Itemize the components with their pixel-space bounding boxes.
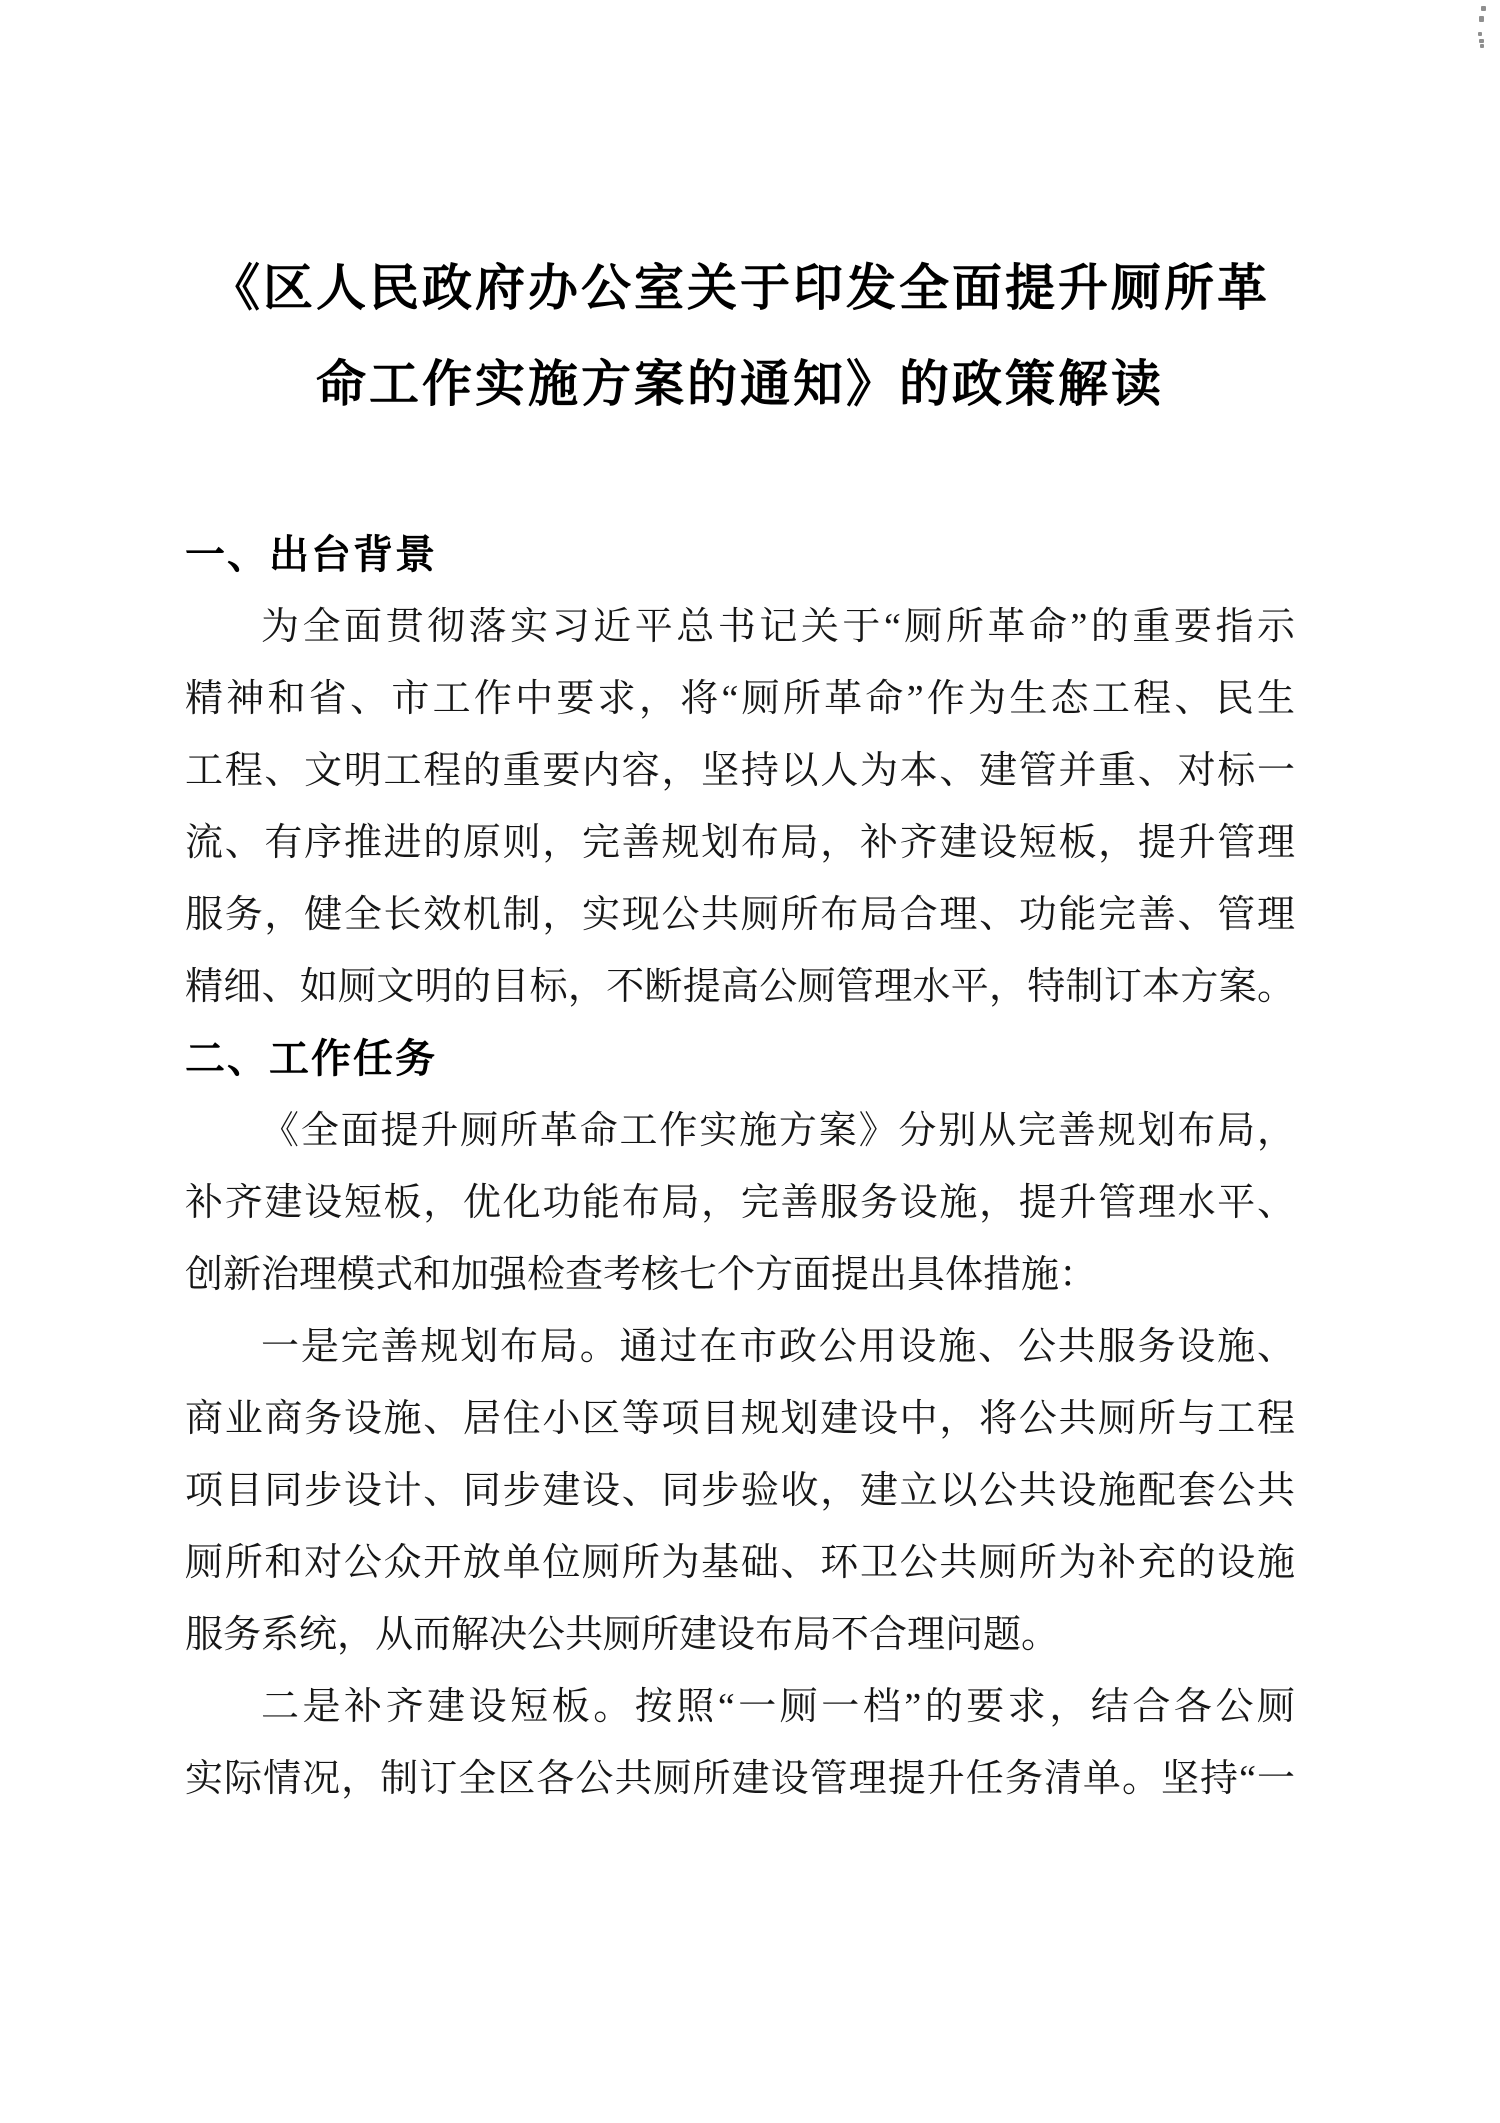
text-line: 商业商务设施、居住小区等项目规划建设中，将公共厕所与工程: [185, 1383, 1295, 1455]
scan-speck: [1480, 44, 1484, 48]
text-line: 流、有序推进的原则，完善规划布局，补齐建设短板，提升管理: [185, 807, 1295, 879]
page-content: 《区人民政府办公室关于印发全面提升厕所革 命工作实施方案的通知》的政策解读 一、…: [185, 240, 1295, 1815]
paragraph: 《全面提升厕所革命工作实施方案》分别从完善规划布局，补齐建设短板，优化功能布局，…: [185, 1095, 1295, 1311]
text-line: 实际情况，制订全区各公共厕所建设管理提升任务清单。坚持“一: [185, 1743, 1295, 1815]
text-line: 创新治理模式和加强检查考核七个方面提出具体措施：: [185, 1239, 1295, 1311]
document-body: 一、出台背景为全面贯彻落实习近平总书记关于“厕所革命”的重要指示精神和省、市工作…: [185, 519, 1295, 1815]
text-line: 精细、如厕文明的目标，不断提高公厕管理水平，特制订本方案。: [185, 951, 1295, 1023]
paragraph: 二是补齐建设短板。按照“一厕一档”的要求，结合各公厕实际情况，制订全区各公共厕所…: [185, 1671, 1295, 1815]
title-line-2: 命工作实施方案的通知》的政策解读: [185, 336, 1295, 432]
paragraph: 一是完善规划布局。通过在市政公用设施、公共服务设施、商业商务设施、居住小区等项目…: [185, 1311, 1295, 1671]
scan-speck: [1481, 6, 1486, 11]
paragraph: 为全面贯彻落实习近平总书记关于“厕所革命”的重要指示精神和省、市工作中要求，将“…: [185, 591, 1295, 1023]
text-line: 精神和省、市工作中要求，将“厕所革命”作为生态工程、民生: [185, 663, 1295, 735]
text-line: 厕所和对公众开放单位厕所为基础、环卫公共厕所为补充的设施: [185, 1527, 1295, 1599]
text-line: 项目同步设计、同步建设、同步验收，建立以公共设施配套公共: [185, 1455, 1295, 1527]
text-line: 二是补齐建设短板。按照“一厕一档”的要求，结合各公厕: [185, 1671, 1295, 1743]
scan-speck: [1479, 39, 1484, 43]
section-heading: 一、出台背景: [185, 519, 1295, 591]
text-line: 工程、文明工程的重要内容，坚持以人为本、建管并重、对标一: [185, 735, 1295, 807]
text-line: 为全面贯彻落实习近平总书记关于“厕所革命”的重要指示: [185, 591, 1295, 663]
text-line: 服务，健全长效机制，实现公共厕所布局合理、功能完善、管理: [185, 879, 1295, 951]
text-line: 《全面提升厕所革命工作实施方案》分别从完善规划布局，: [185, 1095, 1295, 1167]
document-title: 《区人民政府办公室关于印发全面提升厕所革 命工作实施方案的通知》的政策解读: [185, 240, 1295, 432]
section-heading: 二、工作任务: [185, 1023, 1295, 1095]
title-line-1: 《区人民政府办公室关于印发全面提升厕所革: [185, 240, 1295, 336]
scan-speck: [1479, 16, 1484, 22]
text-line: 一是完善规划布局。通过在市政公用设施、公共服务设施、: [185, 1311, 1295, 1383]
document-page: 《区人民政府办公室关于印发全面提升厕所革 命工作实施方案的通知》的政策解读 一、…: [0, 0, 1500, 2123]
scan-speck: [1478, 32, 1482, 36]
text-line: 补齐建设短板，优化功能布局，完善服务设施，提升管理水平、: [185, 1167, 1295, 1239]
text-line: 服务系统，从而解决公共厕所建设布局不合理问题。: [185, 1599, 1295, 1671]
